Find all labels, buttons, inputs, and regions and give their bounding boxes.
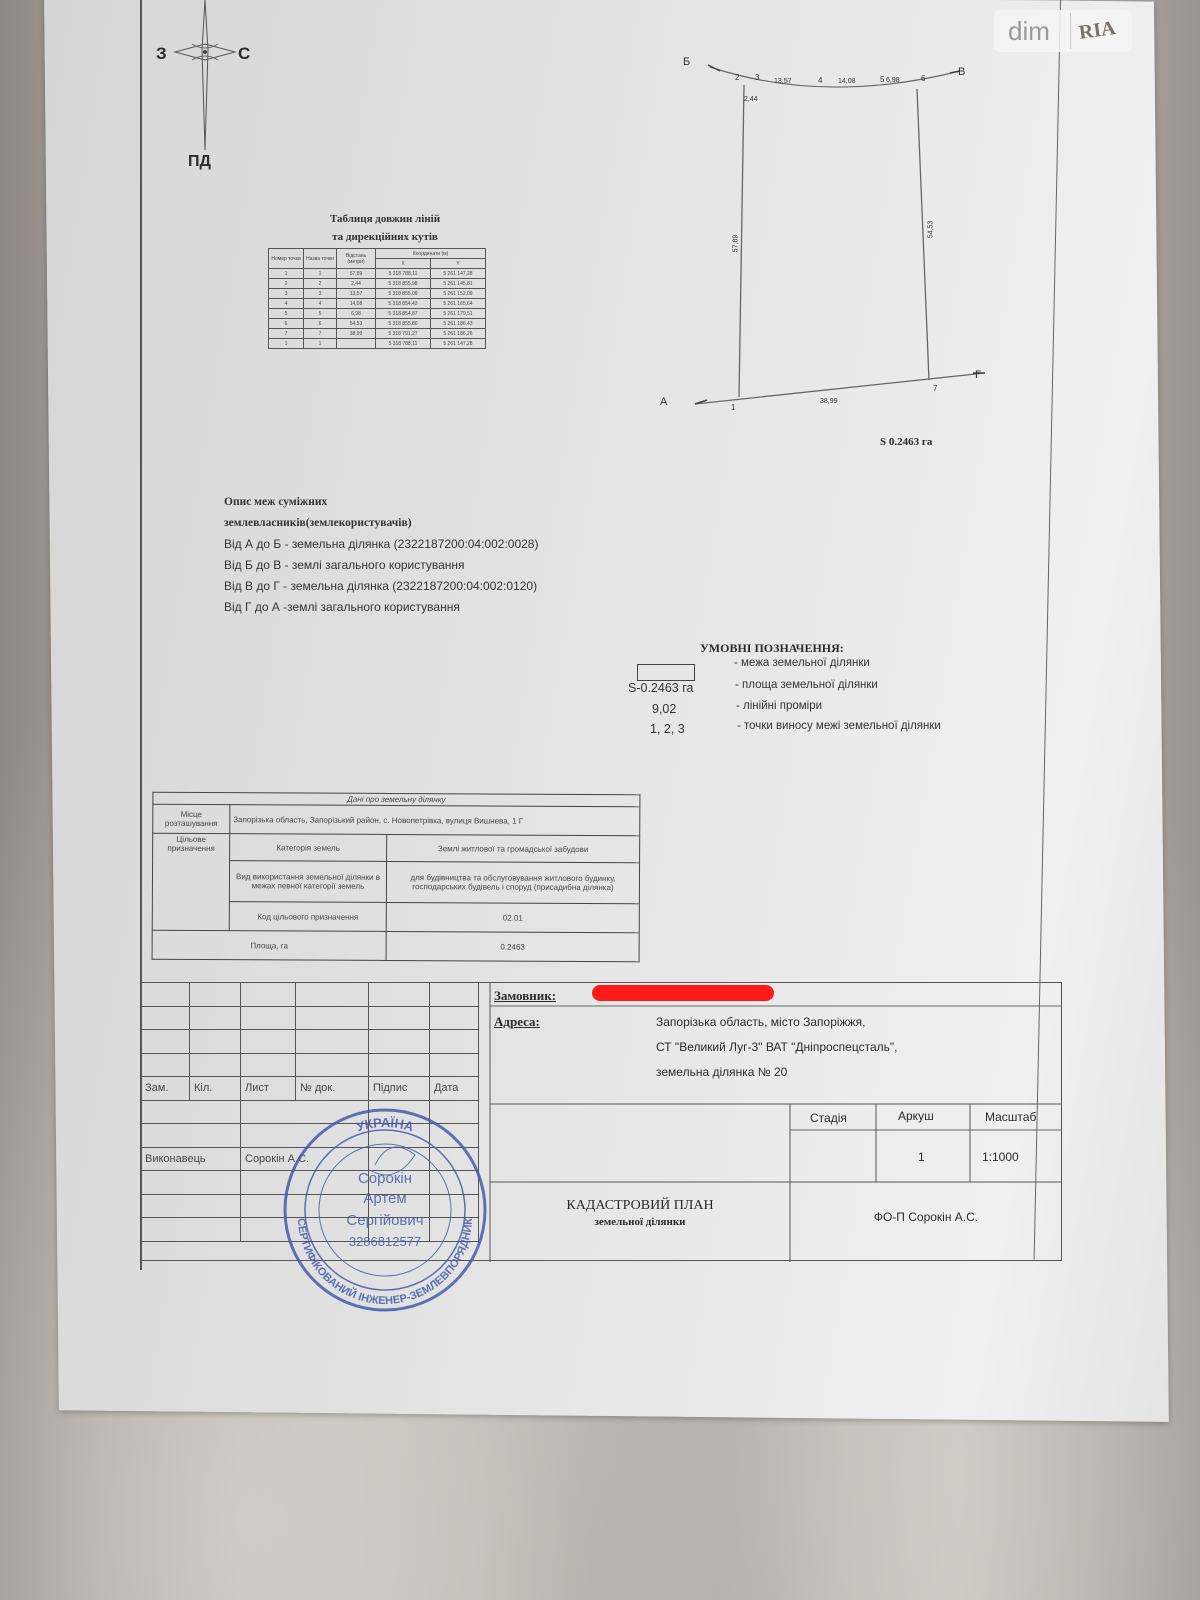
coord-table-row: 556,985 318 854,875 261 179,51	[269, 309, 486, 319]
dim-top-3: 6,98	[886, 77, 900, 84]
land-data-table: Дані про земельну ділянку Місце розташув…	[152, 792, 641, 963]
legend-item: - лінійні проміри	[736, 700, 822, 712]
coord-table-row: 7738,995 318 791,275 261 186,26	[269, 329, 486, 339]
corner-a: А	[660, 396, 667, 408]
legend-title: УМОВНІ ПОЗНАЧЕННЯ:	[700, 641, 844, 656]
compass-south: ПД	[188, 153, 211, 171]
address-label: Адреса:	[494, 1014, 540, 1030]
dim-left: 57,89	[732, 235, 739, 253]
coord-table-row: 4414,085 318 854,435 261 165,64	[269, 299, 486, 309]
point-5: 5	[880, 75, 884, 84]
legend-item: - точки виносу межі земельної ділянки	[737, 720, 941, 732]
corner-g: Г	[975, 369, 981, 381]
coord-table: Номер точки Назва точки Відстань (метри)…	[268, 248, 486, 349]
dim-right: 54,53	[927, 221, 934, 239]
point-2: 2	[735, 73, 739, 82]
point-6: 6	[921, 74, 925, 83]
scale-value: 1:1000	[982, 1150, 1019, 1164]
svg-text:Сергійович: Сергійович	[346, 1212, 423, 1229]
point-1: 1	[731, 403, 735, 412]
official-stamp-icon: УКРАЇНА СЕРТИФІКОВАНИЙ ІНЖЕНЕР-ЗЕМЛЕВПОР…	[280, 1105, 490, 1315]
legend-symbol: S-0.2463 га	[628, 681, 693, 695]
coord-table-row: 222,445 318 855,985 261 145,81	[269, 279, 486, 289]
coord-table-row: 1157,895 318 788,115 261 147,28	[269, 269, 486, 279]
dim-small: 2,44	[744, 96, 758, 103]
document-title: КАДАСТРОВИЙ ПЛАН земельної ділянки	[490, 1198, 790, 1230]
neighbour-line: Від В до Г - земельна ділянка (232218720…	[224, 576, 538, 597]
coord-table-row: 3313,575 318 855,095 261 152,09	[269, 289, 486, 299]
scale-label: Масштаб	[985, 1110, 1036, 1124]
compass-rose-icon	[170, 0, 240, 155]
legend-boundary-symbol	[637, 664, 695, 681]
legend-symbol: 9,02	[652, 702, 676, 716]
svg-text:3286812577: 3286812577	[349, 1234, 421, 1249]
stage-label: Стадія	[810, 1111, 847, 1125]
compass-west: З	[156, 44, 167, 64]
svg-text:УКРАЇНА: УКРАЇНА	[355, 1115, 416, 1135]
compass-east: С	[238, 44, 250, 64]
watermark-ria: RIA	[1070, 17, 1117, 46]
legend-symbol: 1, 2, 3	[650, 722, 685, 736]
coord-table-row: 115 318 788,115 261 147,28	[269, 339, 486, 349]
legend-item: - площа земельної ділянки	[735, 679, 878, 691]
neighbour-line: Від А до Б - земельна ділянка (232218720…	[224, 534, 538, 555]
neighbour-line: Від Г до А -землі загального користуванн…	[224, 597, 538, 618]
plot-area: S 0.2463 га	[880, 436, 932, 448]
address-text: Запорізька область, місто Запоріжжя, СТ …	[656, 1010, 897, 1085]
point-3: 3	[755, 73, 759, 82]
point-7: 7	[933, 384, 937, 393]
land-plot-drawing	[650, 55, 990, 415]
customer-label: Замовник:	[494, 988, 556, 1004]
sheet-value: 1	[918, 1150, 925, 1164]
neighbours-description: Опис меж суміжних землевласників(землеко…	[224, 492, 538, 618]
legend-item: - межа земельної ділянки	[734, 657, 870, 669]
watermark-dim: dim	[994, 16, 1070, 47]
coord-table-title: Таблиця довжин ліній та дирекційних куті…	[270, 210, 500, 246]
corner-v: В	[958, 66, 965, 78]
corner-b: Б	[683, 56, 690, 68]
dimria-watermark: dim RIA	[994, 10, 1132, 52]
customer-redaction	[592, 985, 774, 1001]
point-4: 4	[818, 76, 822, 85]
dim-top-2: 14,08	[838, 78, 856, 85]
sheet-label: Аркуш	[898, 1109, 934, 1123]
dim-top-1: 13,57	[774, 78, 792, 85]
dim-bottom: 38,99	[820, 398, 838, 405]
neighbour-line: Від Б до В - землі загального користуван…	[224, 555, 538, 576]
firm-name: ФО-П Сорокін А.С.	[790, 1210, 1062, 1224]
svg-text:Артем: Артем	[363, 1190, 406, 1207]
svg-text:Сорокін: Сорокін	[358, 1170, 412, 1187]
coord-table-row: 6654,535 318 855,805 261 186,43	[269, 319, 486, 329]
